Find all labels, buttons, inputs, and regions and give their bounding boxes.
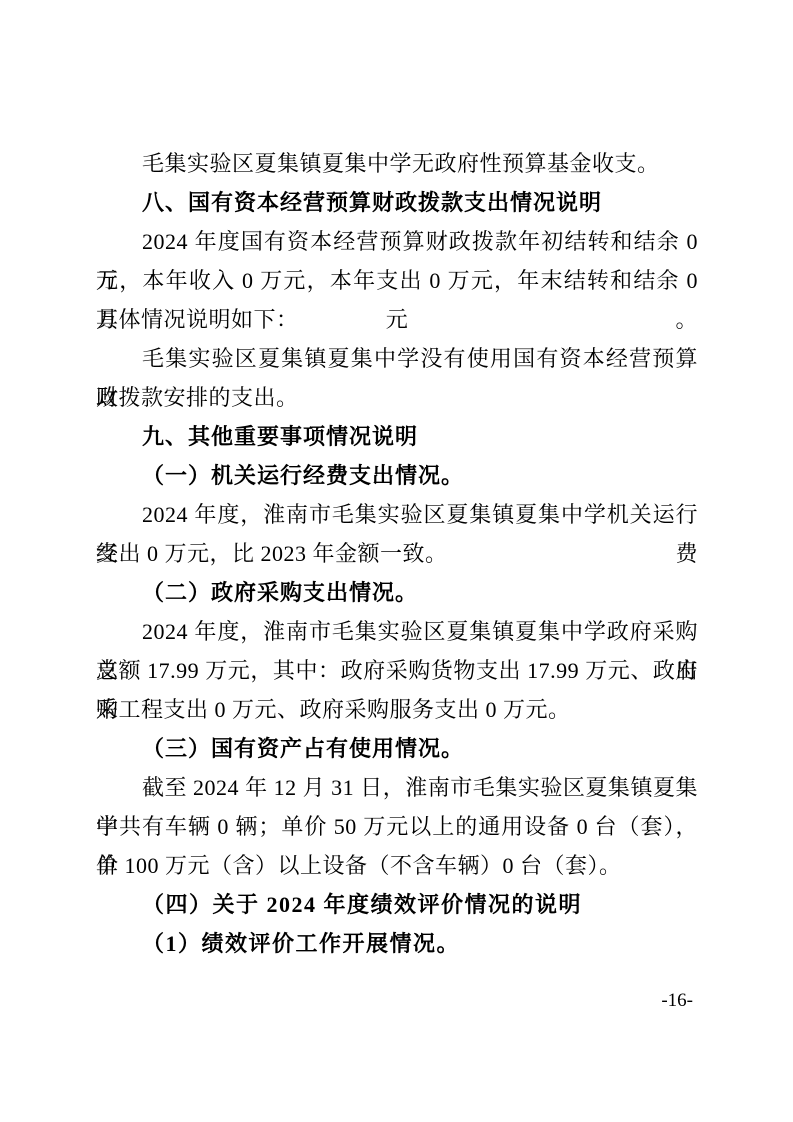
para-assets-line-1: 截至 2024 年 12 月 31 日，淮南市毛集实验区夏集镇夏集中 (96, 768, 698, 807)
para-agency-expense-line-1: 2024 年度，淮南市毛集实验区夏集镇夏集中学机关运行经费 (96, 495, 698, 534)
document-page: 毛集实验区夏集镇夏集中学无政府性预算基金收支。 八、国有资本经营预算财政拨款支出… (0, 0, 793, 1122)
para-capital-budget-line-2: 元，本年收入 0 万元，本年支出 0 万元，年末结转和结余 0 万元。 (96, 261, 698, 300)
heading-sub-4-performance-eval: （四）关于 2024 年度绩效评价情况的说明 (96, 885, 698, 924)
para-procurement-line-2: 总额 17.99 万元，其中：政府采购货物支出 17.99 万元、政府采 (96, 651, 698, 690)
heading-section-9: 九、其他重要事项情况说明 (96, 417, 698, 456)
heading-sub-3-state-assets: （三）国有资产占有使用情况。 (96, 729, 698, 768)
para-capital-budget-line-1: 2024 年度国有资本经营预算财政拨款年初结转和结余 0 万 (96, 222, 698, 261)
para-assets-line-3: 价 100 万元（含）以上设备（不含车辆）0 台（套）。 (96, 846, 698, 885)
document-text-block: 毛集实验区夏集镇夏集中学无政府性预算基金收支。 八、国有资本经营预算财政拨款支出… (96, 144, 698, 963)
page-number: -16- (661, 990, 693, 1012)
para-assets-line-2: 学共有车辆 0 辆；单价 50 万元以上的通用设备 0 台（套），单 (96, 807, 698, 846)
heading-section-8: 八、国有资本经营预算财政拨款支出情况说明 (96, 183, 698, 222)
para-no-capital-spend-line-2: 政拨款安排的支出。 (96, 378, 698, 417)
heading-sub-4-1-eval-work: （1）绩效评价工作开展情况。 (96, 924, 698, 963)
heading-sub-2-procurement: （二）政府采购支出情况。 (96, 573, 698, 612)
para-no-capital-spend-line-1: 毛集实验区夏集镇夏集中学没有使用国有资本经营预算财 (96, 339, 698, 378)
para-procurement-line-3: 购工程支出 0 万元、政府采购服务支出 0 万元。 (96, 690, 698, 729)
para-procurement-line-1: 2024 年度，淮南市毛集实验区夏集镇夏集中学政府采购支出 (96, 612, 698, 651)
para-no-govt-fund: 毛集实验区夏集镇夏集中学无政府性预算基金收支。 (96, 144, 698, 183)
heading-sub-1-agency-expense: （一）机关运行经费支出情况。 (96, 456, 698, 495)
